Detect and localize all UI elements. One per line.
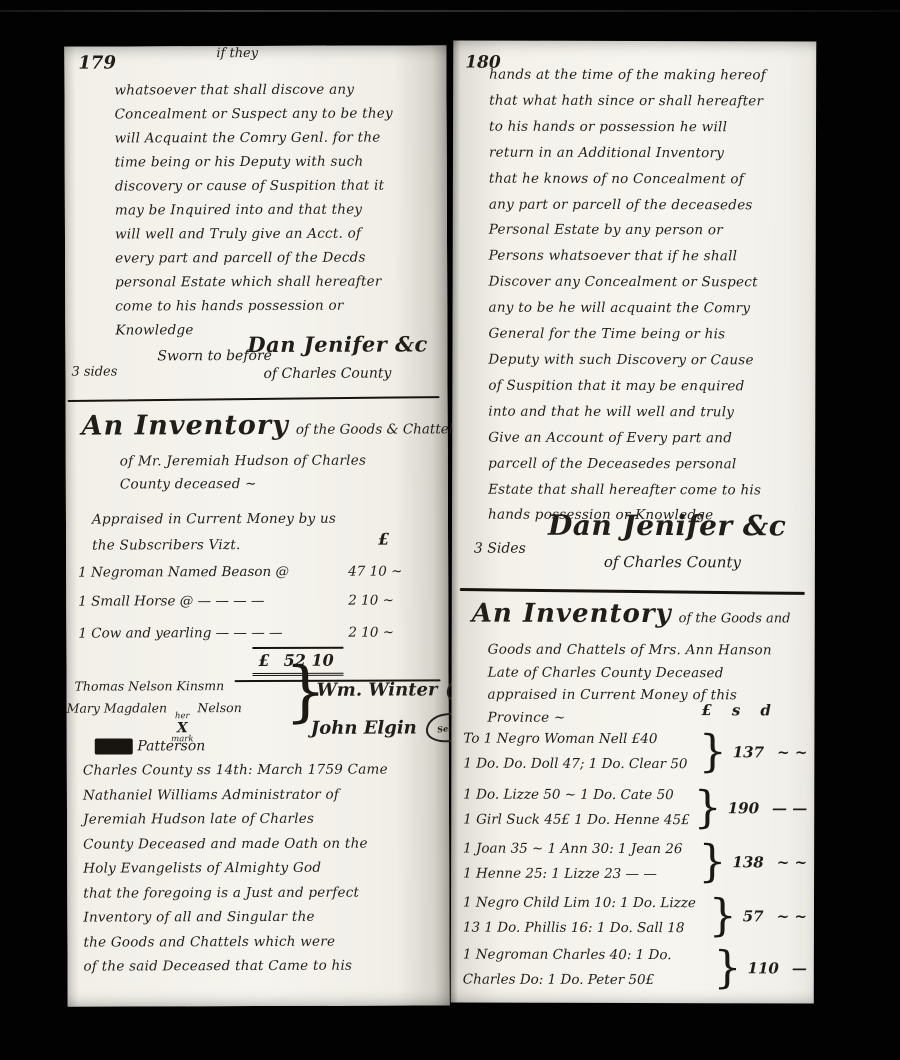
- interline-note: if they: [216, 46, 258, 61]
- group-dashes: ~ ~: [777, 743, 807, 761]
- text-line: General for the Time being or his: [488, 322, 765, 349]
- text-line: 13 1 Do. Phillis 16: 1 Do. Sall 18: [463, 916, 709, 942]
- group-value: 110: [747, 959, 778, 977]
- brace: }: [694, 788, 722, 828]
- kin-signer: Nelson: [197, 700, 241, 715]
- text-line: Holy Evangelists of Almighty God: [83, 856, 388, 882]
- total-currency-mark: £: [258, 651, 269, 670]
- manuscript-scan: 179 if they whatsoever that shall discov…: [0, 0, 900, 1060]
- signature-sub: of Charles County: [263, 366, 391, 382]
- pound-mark: £: [701, 701, 711, 719]
- text-line: will well and Truly give an Acct. of: [115, 222, 393, 247]
- kin-signer-mark-row: Mary MagdalenherXmarkNelson: [67, 700, 242, 744]
- brace: }: [698, 842, 726, 882]
- text-line: that what hath since or shall hereafter: [489, 89, 766, 116]
- group-value: 138: [732, 853, 763, 871]
- inventory-title: An Inventory: [82, 410, 289, 442]
- text-line: To 1 Negro Woman Nell £40: [463, 727, 698, 753]
- text-line: Persons whatsoever that if he shall: [489, 244, 766, 271]
- text-line: may be Inquired into and that they: [115, 198, 393, 223]
- signer-name: John Elgin: [311, 717, 417, 738]
- text-line: of Suspition that it may be enquired: [488, 373, 765, 400]
- text-line: return in an Additional Inventory: [489, 140, 766, 167]
- group-lines: 1 Negroman Charles 40: 1 Do.Charles Do: …: [463, 943, 714, 994]
- text-line: 1 Do. Lizze 50 ~ 1 Do. Cate 50: [463, 783, 694, 809]
- text-line: Appraised in Current Money by us: [92, 506, 336, 533]
- text-line: any to be he will acquaint the Comry: [489, 296, 766, 323]
- text-line: Give an Account of Every part and: [488, 425, 765, 452]
- inventory-group: To 1 Negro Woman Nell £401 Do. Do. Doll …: [463, 727, 807, 778]
- inventory-heading: An Inventory of the Goods and: [472, 599, 791, 630]
- text-line: the Subscribers Vizt.: [92, 532, 336, 559]
- text-line: that he knows of no Concealment of: [489, 166, 766, 193]
- text-line: of the said Deceased that Came to his: [83, 954, 388, 980]
- currency-column-marks: £ s d: [701, 701, 770, 719]
- inventory-title: An Inventory: [472, 599, 672, 630]
- group-dashes: ~ ~: [777, 853, 807, 871]
- group-lines: 1 Negro Child Lim 10: 1 Do. Lizze13 1 Do…: [463, 891, 709, 942]
- text-line: Personal Estate by any person or: [489, 218, 766, 245]
- text-line: parcell of the Deceasedes personal: [488, 451, 765, 478]
- text-line: 1 Joan 35 ~ 1 Ann 30: 1 Jean 26: [463, 837, 698, 863]
- item-value: 2 10 ~: [348, 624, 440, 640]
- text-line: come to his hands possession or: [115, 294, 393, 319]
- signature-sub: of Charles County: [604, 553, 741, 571]
- inventory-row: 1 Small Horse @ — — — — 2 10 ~: [78, 592, 440, 609]
- brace: }: [713, 948, 741, 988]
- oath-paragraph: whatsoever that shall discove anyConceal…: [114, 78, 393, 343]
- pence-mark: d: [760, 701, 771, 719]
- group-lines: 1 Joan 35 ~ 1 Ann 30: 1 Jean 261 Henne 2…: [463, 837, 698, 888]
- group-dashes: — —: [772, 799, 807, 817]
- text-line: Deputy with such Discovery or Cause: [488, 348, 765, 375]
- text-line: Discover any Concealment or Suspect: [489, 270, 766, 297]
- text-line: 1 Negro Child Lim 10: 1 Do. Lizze: [463, 891, 709, 917]
- text-line: of Mr. Jeremiah Hudson of Charles: [120, 450, 366, 474]
- text-line: Charles County ss 14th: March 1759 Came: [83, 758, 388, 784]
- inventory-title-rest: of the Goods and: [679, 611, 791, 626]
- kin-signer: Mary Magdalen: [67, 700, 167, 715]
- text-line: Inventory of all and Singular the: [83, 905, 388, 931]
- scan-artifact-line: [0, 10, 900, 12]
- struck-out-name: John: [95, 738, 133, 754]
- inventory-row: 1 Negroman Named Beason @ 47 10 ~: [78, 563, 440, 580]
- appraisal-note: Appraised in Current Money by usthe Subs…: [92, 506, 336, 559]
- text-line: 1 Girl Suck 45£ 1 Do. Henne 45£: [463, 808, 694, 834]
- text-line: Concealment or Suspect any to be they: [115, 102, 393, 127]
- inventory-group: 1 Joan 35 ~ 1 Ann 30: 1 Jean 261 Henne 2…: [463, 837, 807, 888]
- group-lines: To 1 Negro Woman Nell £401 Do. Do. Doll …: [463, 727, 698, 778]
- margin-note: 3 sides: [71, 364, 117, 379]
- inventory-group: 1 Negro Child Lim 10: 1 Do. Lizze13 1 Do…: [463, 891, 807, 942]
- right-page: 180 hands at the time of the making here…: [451, 41, 817, 1004]
- page-number: 179: [78, 52, 116, 73]
- text-line: into and that he will well and truly: [488, 399, 765, 426]
- text-line: County deceased ~: [120, 473, 366, 497]
- group-dashes: ~ ~: [777, 907, 807, 925]
- inventory-group: 1 Negroman Charles 40: 1 Do.Charles Do: …: [463, 943, 807, 994]
- margin-note: 3 Sides: [474, 541, 526, 557]
- ruled-divider: [460, 588, 805, 594]
- oath-paragraph: Charles County ss 14th: March 1759 CameN…: [83, 758, 389, 980]
- inventory-group: 1 Do. Lizze 50 ~ 1 Do. Cate 501 Girl Suc…: [463, 783, 807, 834]
- text-line: Estate that shall hereafter come to his: [488, 477, 765, 504]
- group-value: 137: [733, 743, 764, 761]
- text-line: personal Estate which shall hereafter: [115, 270, 393, 295]
- signer-name: Patterson: [137, 738, 205, 754]
- shilling-mark: s: [732, 701, 741, 719]
- text-line: every part and parcell of the Decds: [115, 246, 393, 271]
- group-value: 57: [743, 907, 764, 925]
- ruled-divider: [68, 396, 440, 402]
- x-glyph: X: [177, 721, 188, 735]
- signature: Dan Jenifer &c: [247, 331, 428, 357]
- item-value: 2 10 ~: [348, 592, 440, 608]
- text-line: County Deceased and made Oath on the: [83, 831, 388, 857]
- inventory-title-rest: of the Goods & Chattels: [296, 421, 460, 438]
- item-desc: 1 Negroman Named Beason @: [78, 564, 289, 581]
- text-line: time being or his Deputy with such: [115, 150, 393, 175]
- text-line: will Acquaint the Comry Genl. for the: [115, 126, 393, 151]
- text-line: 1 Do. Do. Doll 47; 1 Do. Clear 50: [463, 752, 698, 778]
- brace: }: [699, 732, 727, 772]
- signature: Dan Jenifer &c: [548, 509, 786, 543]
- currency-mark: £: [378, 530, 389, 549]
- group-lines: 1 Do. Lizze 50 ~ 1 Do. Cate 501 Girl Suc…: [463, 783, 694, 834]
- inventory-row: 1 Cow and yearling — — — — 2 10 ~: [78, 624, 440, 641]
- group-value: 190: [728, 799, 759, 817]
- creditor-signer: John Patterson: [95, 738, 206, 754]
- brace: }: [709, 896, 737, 936]
- text-line: whatsoever that shall discove any: [114, 78, 392, 103]
- text-line: Goods and Chattels of Mrs. Ann Hanson: [488, 639, 772, 662]
- oath-paragraph: hands at the time of the making hereofth…: [488, 63, 766, 530]
- text-line: Nathaniel Williams Administrator of: [83, 782, 388, 808]
- text-line: to his hands or possession he will: [489, 114, 766, 141]
- appraiser-signature: John Elgin Seal: [311, 713, 468, 743]
- text-line: discovery or cause of Suspition that it: [115, 174, 393, 199]
- group-dashes: —: [792, 959, 807, 977]
- text-line: Jeremiah Hudson late of Charles: [83, 807, 388, 833]
- text-line: Late of Charles County Deceased: [488, 661, 772, 684]
- text-line: hands at the time of the making hereof: [489, 63, 766, 90]
- text-line: that the foregoing is a Just and perfect: [83, 880, 388, 906]
- inventory-subheading: of Mr. Jeremiah Hudson of CharlesCounty …: [120, 450, 367, 497]
- item-value: 47 10 ~: [348, 563, 440, 579]
- text-line: 1 Negroman Charles 40: 1 Do.: [463, 943, 714, 969]
- text-line: the Goods and Chattels which were: [83, 929, 388, 955]
- text-line: 1 Henne 25: 1 Lizze 23 — —: [463, 862, 698, 888]
- text-line: Charles Do: 1 Do. Peter 50£: [463, 968, 714, 994]
- text-line: any part or parcell of the deceasedes: [489, 192, 766, 219]
- inventory-heading: An Inventory of the Goods & Chattels: [82, 409, 460, 441]
- item-desc: 1 Cow and yearling — — — —: [78, 625, 282, 642]
- left-page: 179 if they whatsoever that shall discov…: [64, 45, 449, 1006]
- signer-name: Wm. Winter: [317, 679, 438, 700]
- item-desc: 1 Small Horse @ — — — —: [78, 593, 264, 610]
- kin-signer: Thomas Nelson Kinsmn: [75, 678, 225, 694]
